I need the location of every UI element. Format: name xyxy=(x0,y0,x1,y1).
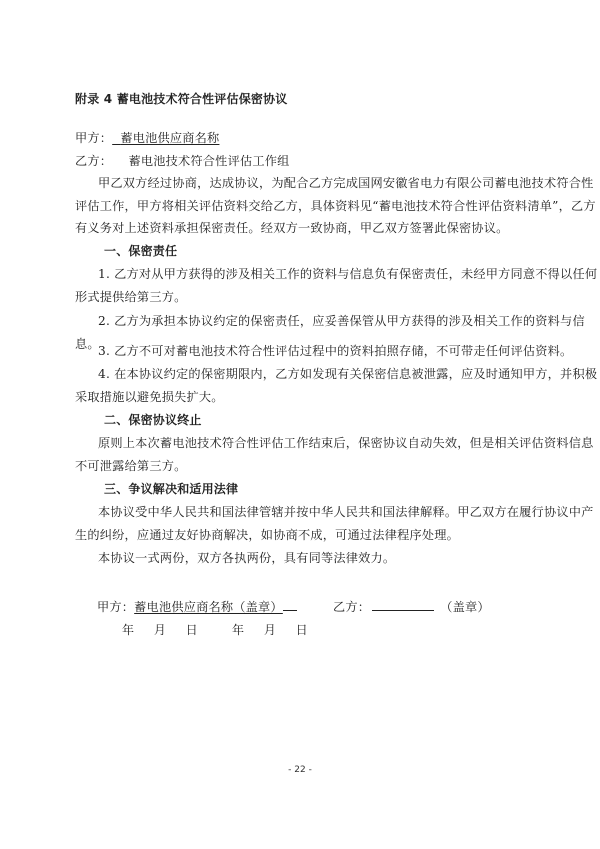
party-a-value: 蓄电池供应商名称 xyxy=(112,131,219,145)
section-2-line-1: 原则上本次蓄电池技术符合性评估工作结束后，保密协议自动失效，但是相关评估资料信息 xyxy=(98,435,594,451)
section-1-line-2: 形式提供给第三方。 xyxy=(75,289,187,305)
section-1-line-1: 1. 乙方对从甲方获得的涉及相关工作的资料与信息负有保密责任，未经甲方同意不得以… xyxy=(98,266,597,282)
party-b-label: 乙方： xyxy=(75,154,112,168)
party-b-value: 蓄电池技术符合性评估工作组 xyxy=(128,154,289,168)
document-page: 附录 4 蓄电池技术符合性评估保密协议 甲方： 蓄电池供应商名称 乙方： 蓄电池… xyxy=(0,0,600,849)
section-1-line-4: 息。 xyxy=(75,336,100,352)
signature-party-a-label: 甲方： xyxy=(97,600,134,614)
signature-party-b-label: 乙方： xyxy=(333,600,370,614)
section-2-line-2: 不可泄露给第三方。 xyxy=(75,458,187,474)
signature-line: 甲方：蓄电池供应商名称（盖章） 乙方： （盖章） xyxy=(97,598,490,615)
date-party-b: 年 月 日 xyxy=(232,621,316,638)
section-1-line-5: 3. 乙方不可对蓄电池技术符合性评估过程中的资料拍照存储，不可带走任何评估资料。 xyxy=(98,343,572,359)
intro-line-3: 有义务对上述资料承担保密责任。经双方一致协商，甲乙双方签署此保密协议。 xyxy=(75,220,509,236)
section-heading-2: 二、保密协议终止 xyxy=(104,412,202,428)
signature-party-a-value: 蓄电池供应商名称（盖章） xyxy=(134,600,283,614)
page-number: - 22 - xyxy=(0,765,600,775)
intro-line-1: 甲乙双方经过协商，达成协议，为配合乙方完成国网安徽省电力有限公司蓄电池技术符合性 xyxy=(98,175,594,191)
section-3-line-1: 本协议受中华人民共和国法律管辖并按中华人民共和国法律解释。甲乙双方在履行协议中产 xyxy=(98,504,594,520)
section-1-line-7: 采取措施以避免损失扩大。 xyxy=(75,389,224,405)
section-1-line-3: 2. 乙方为承担本协议约定的保密责任，应妥善保管从甲方获得的涉及相关工作的资料与… xyxy=(98,313,585,329)
signature-party-b-seal: （盖章） xyxy=(440,600,490,614)
party-a-label: 甲方： xyxy=(75,131,112,145)
document-title: 附录 4 蓄电池技术符合性评估保密协议 xyxy=(75,91,288,107)
section-heading-3: 三、争议解决和适用法律 xyxy=(104,481,238,497)
section-1-line-6: 4. 在本协议约定的保密期限内，乙方如发现有关保密信息被泄露，应及时通知甲方，并… xyxy=(98,366,597,382)
party-a-line: 甲方： 蓄电池供应商名称 xyxy=(75,130,219,146)
section-3-line-2: 生的纠纷，应通过友好协商解决，如协商不成，可通过法律程序处理。 xyxy=(75,527,459,543)
party-b-line: 乙方： 蓄电池技术符合性评估工作组 xyxy=(75,153,290,169)
date-party-a: 年 月 日 xyxy=(122,621,206,638)
section-3-line-3: 本协议一式两份，双方各执两份，具有同等法律效力。 xyxy=(98,550,395,566)
intro-line-2: 评估工作，甲方将相关评估资料交给乙方，具体资料见“蓄电池技术符合性评估资料清单”… xyxy=(75,198,596,214)
section-heading-1: 一、保密责任 xyxy=(104,243,177,259)
signature-party-b-blank xyxy=(372,598,434,611)
